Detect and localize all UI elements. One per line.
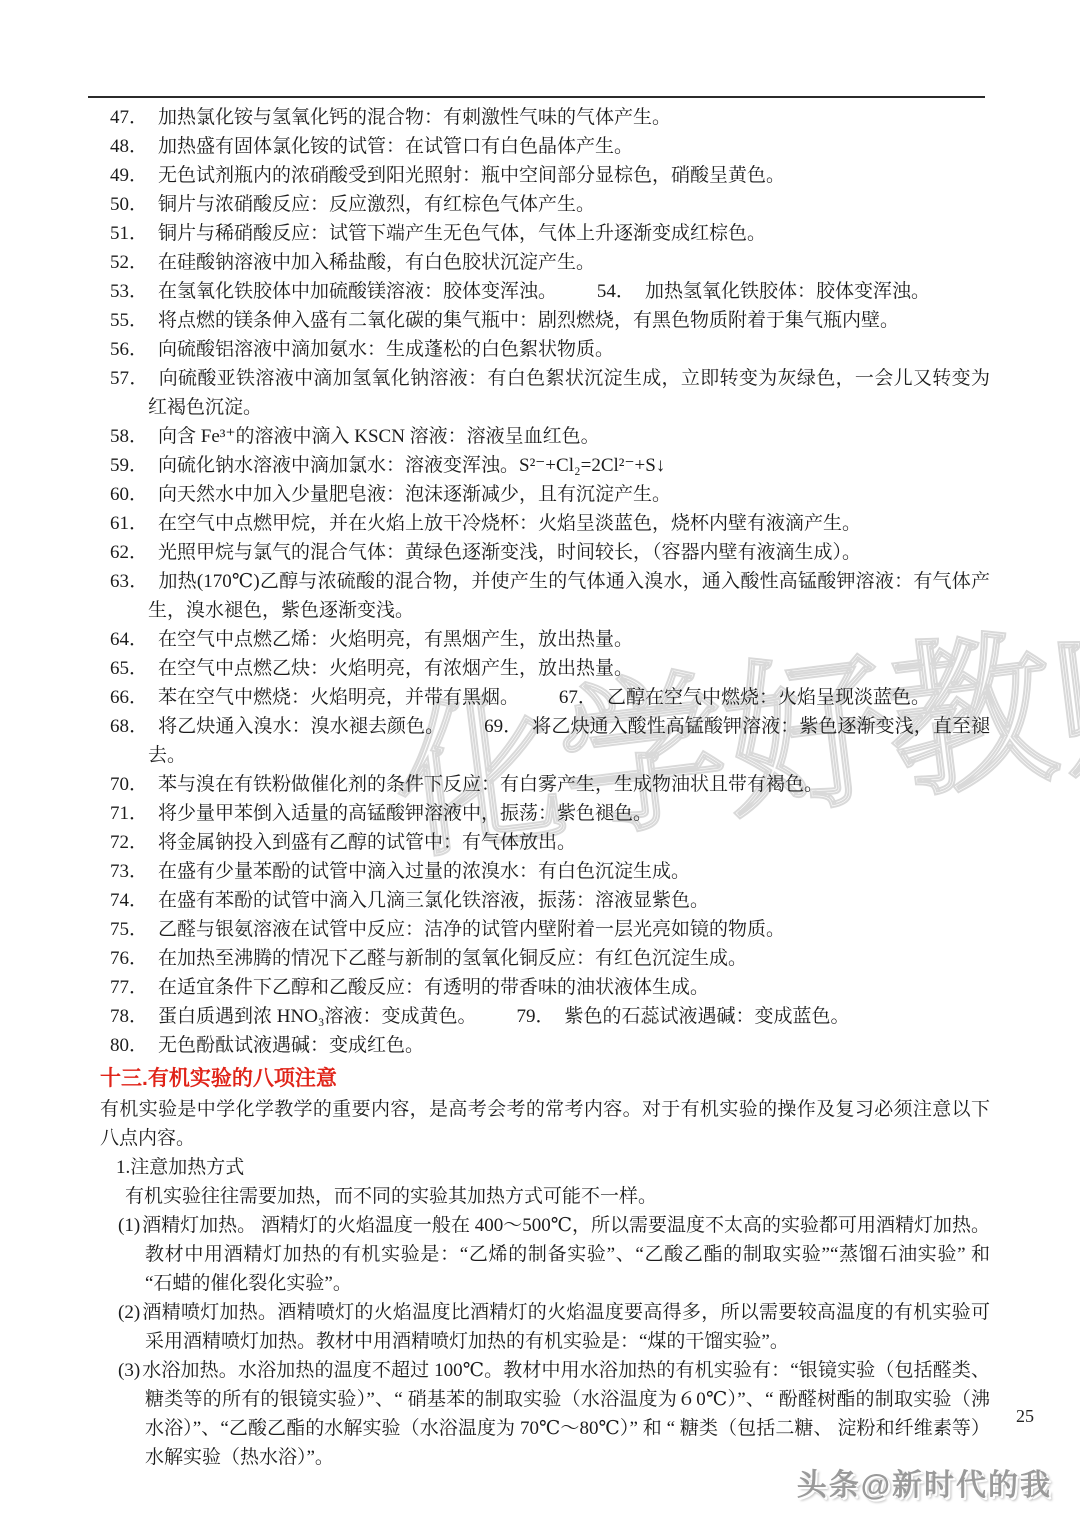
list-item: 77．在适宜条件下乙醇和乙酸反应：有透明的带香味的油状液体生成。 bbox=[110, 973, 990, 1002]
item-number: 61． bbox=[110, 513, 148, 534]
point-paragraph: (2)酒精喷灯加热。酒精喷灯的火焰温度比酒精灯的火焰温度要高得多，所以需要较高温… bbox=[118, 1298, 990, 1356]
point-label: (3) bbox=[118, 1360, 140, 1381]
item-number: 71． bbox=[110, 803, 148, 824]
list-item: 53．在氢氧化铁胶体中加硫酸镁溶液：胶体变浑浊。54．加热氢氧化铁胶体：胶体变浑… bbox=[110, 277, 990, 306]
list-item: 56．向硫酸铝溶液中滴加氨水：生成蓬松的白色絮状物质。 bbox=[110, 335, 990, 364]
item-text: 无色酚酞试液遇碱：变成红色。 bbox=[158, 1035, 424, 1056]
item-number: 78． bbox=[110, 1006, 148, 1027]
list-item: 57．向硫酸亚铁溶液中滴加氢氧化钠溶液：有白色絮状沉淀生成，立即转变为灰绿色，一… bbox=[110, 364, 990, 422]
item-text: 铜片与稀硝酸反应：试管下端产生无色气体，气体上升逐渐变成红棕色。 bbox=[158, 223, 766, 244]
item-text: 加热盛有固体氯化铵的试管：在试管口有白色晶体产生。 bbox=[158, 136, 633, 157]
list-item: 51．铜片与稀硝酸反应：试管下端产生无色气体，气体上升逐渐变成红棕色。 bbox=[110, 219, 990, 248]
item-text: 苯与溴在有铁粉做催化剂的条件下反应：有白雾产生，生成物油状且带有褐色。 bbox=[158, 774, 823, 795]
header-rule bbox=[88, 96, 985, 98]
item-text: 将少量甲苯倒入适量的高锰酸钾溶液中，振荡：紫色褪色。 bbox=[158, 803, 652, 824]
item-text: 在适宜条件下乙醇和乙酸反应：有透明的带香味的油状液体生成。 bbox=[158, 977, 709, 998]
item-number: 80． bbox=[110, 1035, 148, 1056]
item-text: 乙醛与银氨溶液在试管中反应：洁净的试管内壁附着一层光亮如镜的物质。 bbox=[158, 919, 785, 940]
item-number: 63． bbox=[110, 571, 148, 592]
item-number: 59． bbox=[110, 455, 148, 476]
list-item: 60．向天然水中加入少量肥皂液：泡沫逐渐减少，且有沉淀产生。 bbox=[110, 480, 990, 509]
item-text: 加热氯化铵与氢氧化钙的混合物：有刺激性气味的气体产生。 bbox=[158, 107, 671, 128]
list-item: 61．在空气中点燃甲烷，并在火焰上放干冷烧杯：火焰呈淡蓝色，烧杯内壁有液滴产生。 bbox=[110, 509, 990, 538]
list-item: 52．在硅酸钠溶液中加入稀盐酸，有白色胶状沉淀产生。 bbox=[110, 248, 990, 277]
item-number: 52． bbox=[110, 252, 148, 273]
subsection-intro: 有机实验往往需要加热，而不同的实验其加热方式可能不一样。 bbox=[125, 1182, 990, 1211]
list-item: 74．在盛有苯酚的试管中滴入几滴三氯化铁溶液，振荡：溶液显紫色。 bbox=[110, 886, 990, 915]
item-number-secondary: 79． bbox=[516, 1006, 554, 1027]
list-item: 72．将金属钠投入到盛有乙醇的试管中：有气体放出。 bbox=[110, 828, 990, 857]
item-number: 55． bbox=[110, 310, 148, 331]
list-item: 58．向含 Fe³⁺的溶液中滴入 KSCN 溶液：溶液呈血红色。 bbox=[110, 422, 990, 451]
numbered-observations-list: 47．加热氯化铵与氢氧化钙的混合物：有刺激性气味的气体产生。 48．加热盛有固体… bbox=[110, 103, 990, 1060]
list-item: 49．无色试剂瓶内的浓硝酸受到阳光照射：瓶中空间部分显棕色，硝酸呈黄色。 bbox=[110, 161, 990, 190]
list-item: 50．铜片与浓硝酸反应：反应激烈，有红棕色气体产生。 bbox=[110, 190, 990, 219]
item-number: 66． bbox=[110, 687, 148, 708]
item-text: 苯在空气中燃烧：火焰明亮，并带有黑烟。 bbox=[158, 687, 519, 708]
list-item: 75．乙醛与银氨溶液在试管中反应：洁净的试管内壁附着一层光亮如镜的物质。 bbox=[110, 915, 990, 944]
list-item: 55．将点燃的镁条伸入盛有二氧化碳的集气瓶中：剧烈燃烧，有黑色物质附着于集气瓶内… bbox=[110, 306, 990, 335]
item-number: 58． bbox=[110, 426, 148, 447]
item-number: 73． bbox=[110, 861, 148, 882]
item-number: 47． bbox=[110, 107, 148, 128]
item-text: 将点燃的镁条伸入盛有二氧化碳的集气瓶中：剧烈燃烧，有黑色物质附着于集气瓶内壁。 bbox=[158, 310, 899, 331]
item-text: 在空气中点燃甲烷，并在火焰上放干冷烧杯：火焰呈淡蓝色，烧杯内壁有液滴产生。 bbox=[158, 513, 861, 534]
list-item: 48．加热盛有固体氯化铵的试管：在试管口有白色晶体产生。 bbox=[110, 132, 990, 161]
item-text: 在氢氧化铁胶体中加硫酸镁溶液：胶体变浑浊。 bbox=[158, 281, 557, 302]
item-text: 在空气中点燃乙烯：火焰明亮，有黑烟产生，放出热量。 bbox=[158, 629, 633, 650]
item-text: 在盛有少量苯酚的试管中滴入过量的浓溴水：有白色沉淀生成。 bbox=[158, 861, 690, 882]
list-item: 70．苯与溴在有铁粉做催化剂的条件下反应：有白雾产生，生成物油状且带有褐色。 bbox=[110, 770, 990, 799]
list-item: 65．在空气中点燃乙炔：火焰明亮，有浓烟产生，放出热量。 bbox=[110, 654, 990, 683]
item-text-secondary: 乙醇在空气中燃烧：火焰呈现淡蓝色。 bbox=[607, 687, 930, 708]
item-text: 光照甲烷与氯气的混合气体：黄绿色逐渐变浅，时间较长，（容器内壁有液滴生成）。 bbox=[158, 542, 861, 563]
point-label: (1) bbox=[118, 1215, 140, 1236]
page-number: 25 bbox=[1016, 1404, 1034, 1428]
item-text: 向硫化钠水溶液中滴加氯水：溶液变浑浊。S²⁻+Cl₂=2Cl²⁻+S↓ bbox=[158, 455, 665, 476]
point-text: 水浴加热。水浴加热的温度不超过 100℃。教材中用水浴加热的有机实验有：“银镜实… bbox=[142, 1360, 990, 1468]
list-item: 59．向硫化钠水溶液中滴加氯水：溶液变浑浊。S²⁻+Cl₂=2Cl²⁻+S↓ bbox=[110, 451, 990, 480]
list-item: 78．蛋白质遇到浓 HNO₃溶液：变成黄色。79．紫色的石蕊试液遇碱：变成蓝色。 bbox=[110, 1002, 990, 1031]
list-item: 63．加热(170℃)乙醇与浓硫酸的混合物，并使产生的气体通入溴水，通入酸性高锰… bbox=[110, 567, 990, 625]
item-number: 49． bbox=[110, 165, 148, 186]
list-item: 66．苯在空气中燃烧：火焰明亮，并带有黑烟。67．乙醇在空气中燃烧：火焰呈现淡蓝… bbox=[110, 683, 990, 712]
item-number: 65． bbox=[110, 658, 148, 679]
list-item: 68．将乙炔通入溴水：溴水褪去颜色。69．将乙炔通入酸性高锰酸钾溶液：紫色逐渐变… bbox=[110, 712, 990, 770]
item-text: 在加热至沸腾的情况下乙醛与新制的氢氧化铜反应：有红色沉淀生成。 bbox=[158, 948, 747, 969]
item-text: 向硫酸铝溶液中滴加氨水：生成蓬松的白色絮状物质。 bbox=[158, 339, 614, 360]
point-paragraph: (1)酒精灯加热。 酒精灯的火焰温度一般在 400～500℃，所以需要温度不太高… bbox=[118, 1211, 990, 1298]
item-number: 77． bbox=[110, 977, 148, 998]
item-text: 向天然水中加入少量肥皂液：泡沫逐渐减少，且有沉淀产生。 bbox=[158, 484, 671, 505]
item-text: 加热(170℃)乙醇与浓硫酸的混合物，并使产生的气体通入溴水，通入酸性高锰酸钾溶… bbox=[148, 571, 990, 621]
item-number: 53． bbox=[110, 281, 148, 302]
item-text: 向硫酸亚铁溶液中滴加氢氧化钠溶液：有白色絮状沉淀生成，立即转变为灰绿色，一会儿又… bbox=[148, 368, 990, 418]
item-text: 无色试剂瓶内的浓硝酸受到阳光照射：瓶中空间部分显棕色，硝酸呈黄色。 bbox=[158, 165, 785, 186]
item-number: 60． bbox=[110, 484, 148, 505]
list-item: 71．将少量甲苯倒入适量的高锰酸钾溶液中，振荡：紫色褪色。 bbox=[110, 799, 990, 828]
item-number-secondary: 54． bbox=[597, 281, 635, 302]
item-number: 68． bbox=[110, 716, 148, 737]
point-text: 酒精喷灯加热。酒精喷灯的火焰温度比酒精灯的火焰温度要高得多，所以需要较高温度的有… bbox=[142, 1302, 990, 1352]
item-number-secondary: 67． bbox=[559, 687, 597, 708]
item-number: 51． bbox=[110, 223, 148, 244]
item-number: 64． bbox=[110, 629, 148, 650]
item-number: 62． bbox=[110, 542, 148, 563]
item-number: 50． bbox=[110, 194, 148, 215]
point-paragraph: (3)水浴加热。水浴加热的温度不超过 100℃。教材中用水浴加热的有机实验有：“… bbox=[118, 1356, 990, 1472]
item-number: 56． bbox=[110, 339, 148, 360]
item-number: 72． bbox=[110, 832, 148, 853]
item-number: 76． bbox=[110, 948, 148, 969]
item-text-secondary: 加热氢氧化铁胶体：胶体变浑浊。 bbox=[645, 281, 930, 302]
item-text: 将乙炔通入溴水：溴水褪去颜色。 bbox=[158, 716, 444, 737]
heating-points-list: (1)酒精灯加热。 酒精灯的火焰温度一般在 400～500℃，所以需要温度不太高… bbox=[100, 1211, 990, 1472]
bottom-watermark: 头条@新时代的我 bbox=[797, 1468, 1052, 1504]
list-item: 64．在空气中点燃乙烯：火焰明亮，有黑烟产生，放出热量。 bbox=[110, 625, 990, 654]
item-text: 蛋白质遇到浓 HNO₃溶液：变成黄色。 bbox=[158, 1006, 477, 1027]
item-number: 75． bbox=[110, 919, 148, 940]
point-label: (2) bbox=[118, 1302, 140, 1323]
section-intro: 有机实验是中学化学教学的重要内容，是高考会考的常考内容。对于有机实验的操作及复习… bbox=[100, 1095, 990, 1153]
list-item: 80．无色酚酞试液遇碱：变成红色。 bbox=[110, 1031, 990, 1060]
item-text: 向含 Fe³⁺的溶液中滴入 KSCN 溶液：溶液呈血红色。 bbox=[158, 426, 600, 447]
item-number: 74． bbox=[110, 890, 148, 911]
item-text: 铜片与浓硝酸反应：反应激烈，有红棕色气体产生。 bbox=[158, 194, 595, 215]
item-number: 48． bbox=[110, 136, 148, 157]
subsection-title: 1.注意加热方式 bbox=[116, 1153, 990, 1182]
list-item: 76．在加热至沸腾的情况下乙醛与新制的氢氧化铜反应：有红色沉淀生成。 bbox=[110, 944, 990, 973]
list-item: 73．在盛有少量苯酚的试管中滴入过量的浓溴水：有白色沉淀生成。 bbox=[110, 857, 990, 886]
item-text: 将金属钠投入到盛有乙醇的试管中：有气体放出。 bbox=[158, 832, 576, 853]
item-number: 57． bbox=[110, 368, 149, 389]
item-text: 在盛有苯酚的试管中滴入几滴三氯化铁溶液，振荡：溶液显紫色。 bbox=[158, 890, 709, 911]
list-item: 47．加热氯化铵与氢氧化钙的混合物：有刺激性气味的气体产生。 bbox=[110, 103, 990, 132]
item-number-secondary: 69． bbox=[484, 716, 522, 737]
list-item: 62．光照甲烷与氯气的混合气体：黄绿色逐渐变浅，时间较长，（容器内壁有液滴生成）… bbox=[110, 538, 990, 567]
item-text: 在空气中点燃乙炔：火焰明亮，有浓烟产生，放出热量。 bbox=[158, 658, 633, 679]
document-page: 化学好教师 47．加热氯化铵与氢氧化钙的混合物：有刺激性气味的气体产生。 48．… bbox=[0, 0, 1080, 1527]
item-text: 在硅酸钠溶液中加入稀盐酸，有白色胶状沉淀产生。 bbox=[158, 252, 595, 273]
item-text-secondary: 紫色的石蕊试液遇碱：变成蓝色。 bbox=[564, 1006, 849, 1027]
document-content: 47．加热氯化铵与氢氧化钙的混合物：有刺激性气味的气体产生。 48．加热盛有固体… bbox=[100, 103, 990, 1472]
item-number: 70． bbox=[110, 774, 148, 795]
section-heading: 十三.有机实验的八项注意 bbox=[100, 1063, 990, 1095]
point-text: 酒精灯加热。 酒精灯的火焰温度一般在 400～500℃，所以需要温度不太高的实验… bbox=[142, 1215, 990, 1294]
